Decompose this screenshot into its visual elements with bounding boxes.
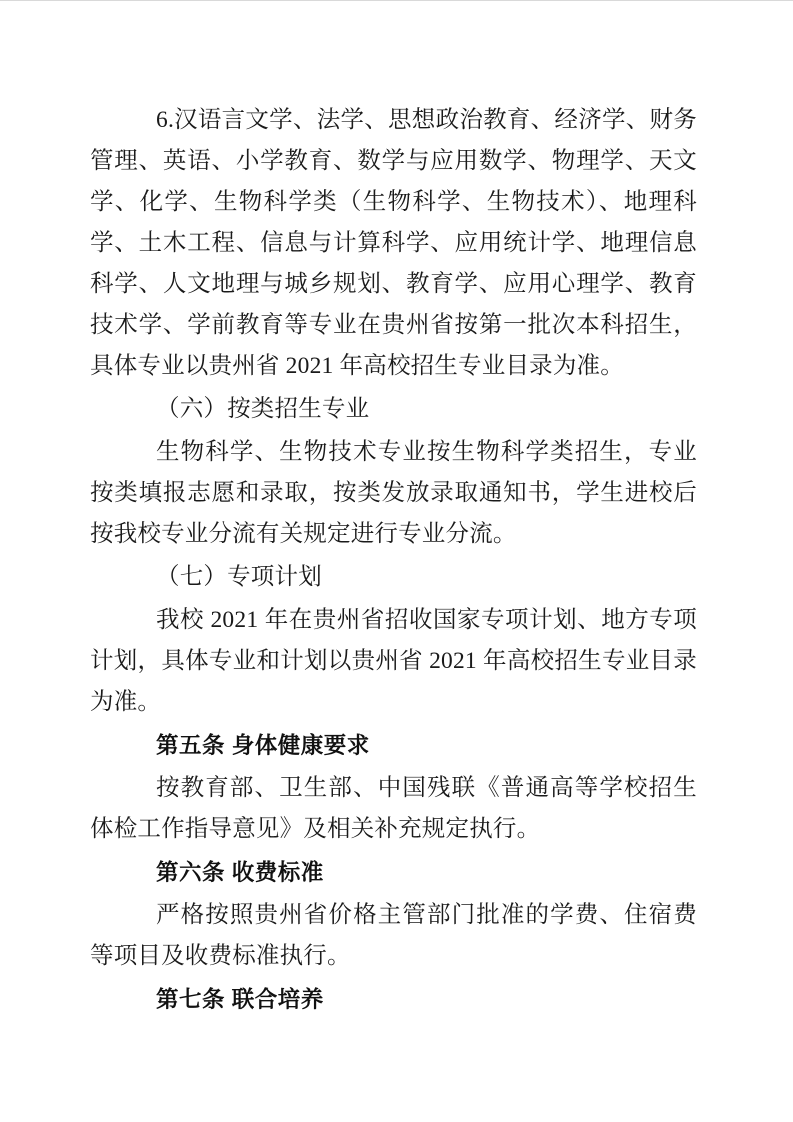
heading-article-six-fee-standards: 第六条 收费标准: [90, 852, 697, 893]
paragraph-special-plan-detail: 我校 2021 年在贵州省招收国家专项计划、地方专项计划，具体专业和计划以贵州省…: [90, 600, 697, 723]
heading-article-seven-joint-training: 第七条 联合培养: [90, 979, 697, 1020]
document-content: 6.汉语言文学、法学、思想政治教育、经济学、财务管理、英语、小学教育、数学与应用…: [90, 100, 697, 1022]
paragraph-category-admission-detail: 生物科学、生物技术专业按生物科学类招生，专业按类填报志愿和录取，按类发放录取通知…: [90, 432, 697, 555]
section-label-six-category-admission: （六）按类招生专业: [90, 389, 697, 430]
paragraph-fee-standards-detail: 严格按照贵州省价格主管部门批准的学费、住宿费等项目及收费标准执行。: [90, 895, 697, 977]
section-label-seven-special-plan: （七）专项计划: [90, 557, 697, 598]
document-page: 6.汉语言文学、法学、思想政治教育、经济学、财务管理、英语、小学教育、数学与应用…: [0, 0, 793, 1122]
paragraph-first-batch-majors: 6.汉语言文学、法学、思想政治教育、经济学、财务管理、英语、小学教育、数学与应用…: [90, 100, 697, 387]
paragraph-health-requirements-detail: 按教育部、卫生部、中国残联《普通高等学校招生体检工作指导意见》及相关补充规定执行…: [90, 768, 697, 850]
heading-article-five-health-requirements: 第五条 身体健康要求: [90, 725, 697, 766]
